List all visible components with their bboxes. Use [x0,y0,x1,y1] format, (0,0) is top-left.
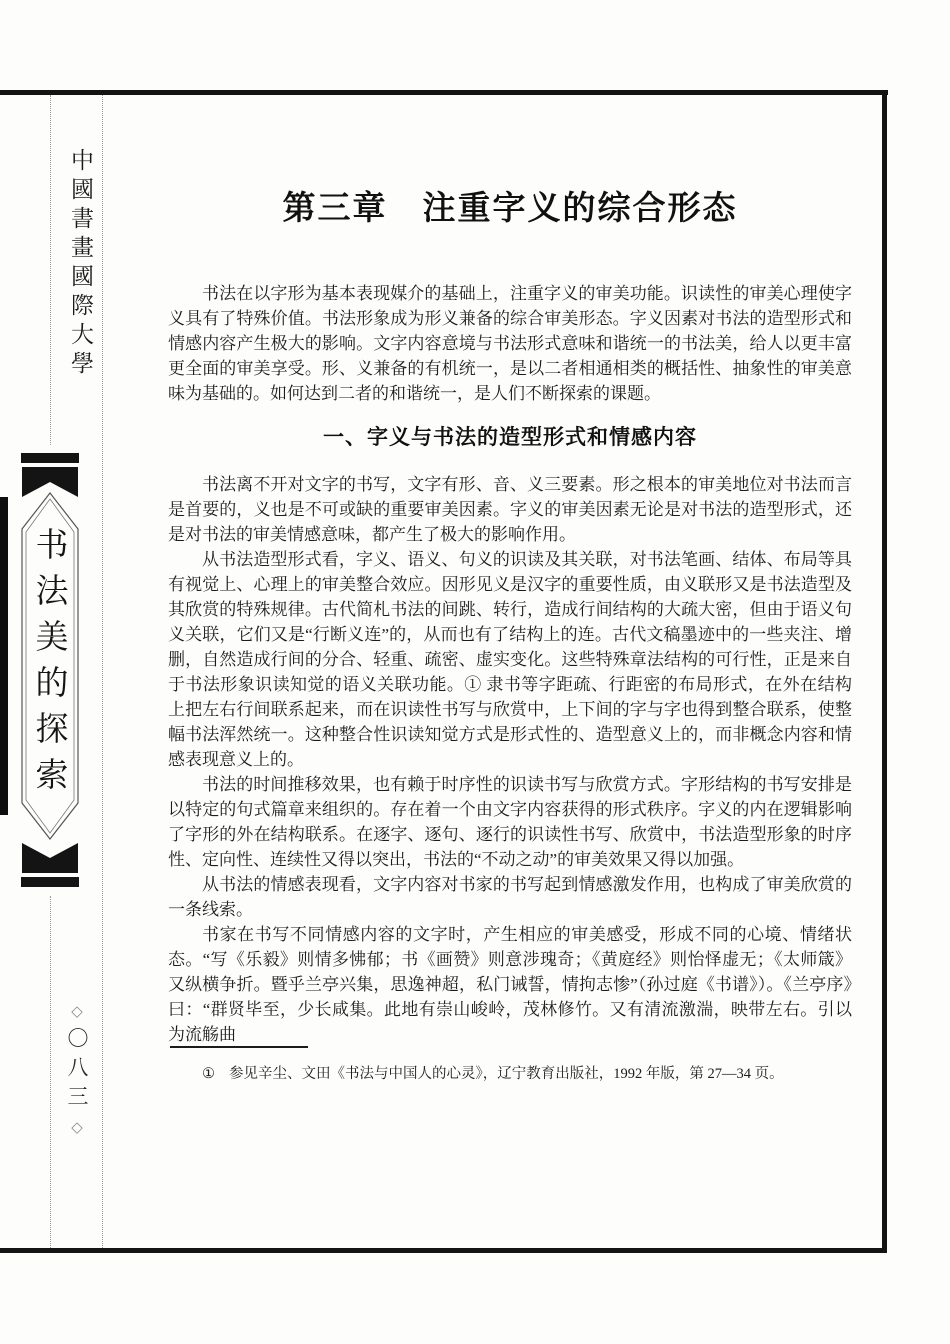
footnote-divider [170,1046,308,1048]
section-heading: 一、字义与书法的造型形式和情感内容 [168,421,852,451]
university-name-vertical: 中國書畫國際大學 [64,148,97,448]
body-paragraph: 书法的时间推移效果，也有赖于时序性的识读书写与欣赏方式。字形结构的书写安排是以特… [168,772,852,872]
chapter-heading: 第三章 注重字义的综合形态 [168,182,852,229]
sidebar-dotted-line-left-upper [50,95,51,445]
main-content: 第三章 注重字义的综合形态 书法在以字形为基本表现媒介的基础上，注重字义的审美功… [168,182,852,1047]
body-paragraph: 从书法造型形式看，字义、语义、句义的识读及其关联，对书法笔画、结体、布局等具有视… [168,547,852,772]
footnote-marker: ① [202,1064,215,1084]
frame-right-rule [882,90,887,1253]
book-page: 中國書畫國際大學 书法美的探索 ◇ 〇八三 ◇ 第三章 注重字义的综合形态 书法… [0,0,950,1344]
footnote: ① 参见辛尘、文田《书法与中国人的心灵》，辽宁教育出版社，1992 年版，第 2… [202,1064,832,1084]
book-title-banner: 书法美的探索 [20,453,80,889]
sidebar-dotted-line-right [102,95,103,1248]
body-paragraph: 从书法的情感表现看，文字内容对书家的书写起到情感激发作用，也构成了审美欣赏的一条… [168,872,852,922]
frame-top-rule [0,90,888,95]
sidebar-dotted-line-left-lower [50,896,51,1248]
diamond-ornament-top-icon: ◇ [71,1005,83,1020]
footnote-text: 参见辛尘、文田《书法与中国人的心灵》，辽宁教育出版社，1992 年版，第 27—… [229,1064,784,1084]
page-number-block: ◇ 〇八三 ◇ [58,1002,96,1139]
body-paragraph: 书法离不开对文字的书写，文字有形、音、义三要素。形之根本的审美地位对书法而言是首… [168,472,852,547]
frame-bottom-rule [0,1248,887,1253]
intro-paragraph: 书法在以字形为基本表现媒介的基础上，注重字义的审美功能。识读性的审美心理使字义具… [168,281,852,406]
spine-shadow-bar [0,497,8,815]
book-title-vertical: 书法美的探索 [27,527,74,803]
body-paragraph: 书家在书写不同情感内容的文字时，产生相应的审美感受，形成不同的心境、情绪状态。“… [168,922,852,1047]
page-number: 〇八三 [62,1027,92,1114]
diamond-ornament-bottom-icon: ◇ [71,1121,83,1136]
